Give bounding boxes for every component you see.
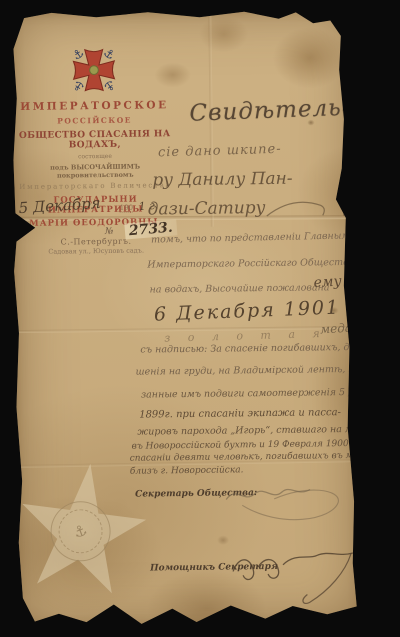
body-line: спасаніи девяти человѣкъ, погибавшихъ въ… [130,451,373,464]
pen-flourish [262,193,332,222]
body-line: ему [313,273,342,291]
red-cross-icon [71,47,118,94]
seal-stamp-inner-ring: ⚓ [58,509,103,554]
body-line: 1899г. при спасаніи экипажа и пасса- [139,407,341,420]
body-line: Императорскаго Россійскаго Общества спас… [147,256,400,270]
issue-date-handwritten: 5 Декабря [18,194,101,217]
society-emblem: ⚓ ⚓ ⚓ ⚓ [71,47,118,94]
photo-background: ⚓ ⚓ ⚓ ⚓ ИМПЕРАТОРСКОЕ РОССІЙСКОЕ ОБЩЕСТВ… [0,0,400,637]
body-line: томъ, что по представленіи Главнымъ прав… [151,229,400,246]
letterhead-society-name: ОБЩЕСТВО СПАСАНІЯ НА ВОДАХЪ, [12,129,178,151]
paper-sheet: ⚓ ⚓ ⚓ ⚓ ИМПЕРАТОРСКОЕ РОССІЙСКОЕ ОБЩЕСТВ… [10,8,362,629]
body-line: шенія на груди, на Владимірской лентѣ, з… [136,364,383,378]
body-line-recipient: дази-Сатиру [148,198,266,219]
body-line: занные имъ подвиги самоотверженія 5 Дека… [141,387,391,401]
body-line: въ [343,206,357,219]
body-line: сіе дано шкипе- [158,142,282,161]
body-line-medal: медаль [320,320,367,337]
certificate-title: Свидѣтельство [189,92,400,126]
letterhead-address: Садовая ул., Юсуповъ садъ. [13,246,179,256]
secretary-signature [214,474,355,534]
letterhead-society-russian: РОССІЙСКОЕ [12,115,178,126]
assistant-secretary-signature [223,544,374,608]
body-line: жировъ парохода „Игорь“, ставшаго на мел… [137,424,369,438]
body-line-recipient: ру Данилу Пан- [152,169,292,191]
body-line: на водахъ, Высочайше пожалована [150,282,330,295]
body-line: въ Новороссійской бухтѣ и 19 Февраля 190… [132,439,374,452]
embossed-star-seal: ⚓ [16,463,148,603]
issue-date-line: 5 Декабря 190 1 г. [18,194,157,215]
number-sign: № [105,227,114,237]
letterhead-society-imperial: ИМПЕРАТОРСКОЕ [11,99,177,113]
seal-anchor-icon: ⚓ [71,521,90,543]
body-line: съ надписью: За спасеніе погибавшихъ, дл… [140,342,380,356]
letterhead-subline: состоящее [12,152,178,161]
printed-year-prefix: 190 [120,204,133,213]
body-line-award-date: 6 Декабря 1901 года [154,294,400,325]
